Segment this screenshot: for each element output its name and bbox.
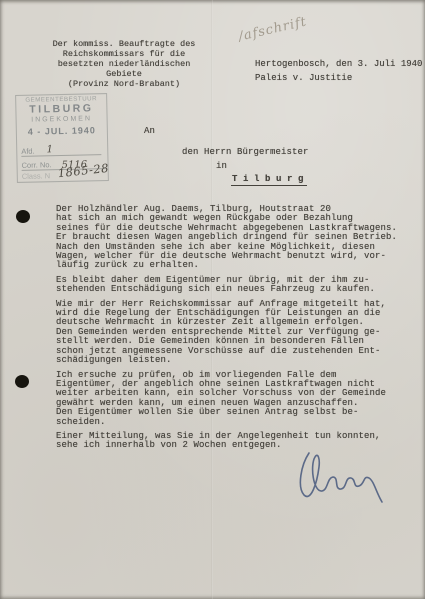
recipient-name: den Herrn Bürgermeister xyxy=(182,148,309,157)
paragraph-1: Der Holzhändler Aug. Daems, Tilburg, Hou… xyxy=(56,205,408,271)
letterhead: Der kommiss. Beauftragte des Reichskommi… xyxy=(28,39,220,89)
stamp-corr-label: Corr. No. xyxy=(21,160,51,170)
dateline-office: Paleis v. Justitie xyxy=(255,71,422,85)
stamp-received-label: INGEKOMEN xyxy=(17,115,107,124)
letter-body: Der Holzhändler Aug. Daems, Tilburg, Hou… xyxy=(56,205,408,456)
stamp-class-label: Class. N xyxy=(22,171,51,181)
stamp-afd-row: Afd. 1 xyxy=(21,140,101,157)
stamp-city-label: TILBURG xyxy=(16,102,106,116)
handwritten-annotation: /afschrift xyxy=(237,14,308,44)
stamp-date: 4 - JUL. 1940 xyxy=(17,125,107,137)
document-page: /afschrift Der kommiss. Beauftragte des … xyxy=(0,0,425,599)
dateline-place-date: Hertogenbosch, den 3. Juli 1940 xyxy=(255,57,422,71)
signature-handwriting xyxy=(296,446,408,518)
paragraph-4: Ich ersuche zu prüfen, ob im vorliegende… xyxy=(56,371,408,427)
stamp-afd-value: 1 xyxy=(46,144,53,155)
paragraph-3: Wie mir der Herr Reichskommissar auf Anf… xyxy=(56,300,408,366)
paragraph-2: Es bleibt daher dem Eigentümer nur übrig… xyxy=(56,276,408,295)
stamp-afd-label: Afd. xyxy=(21,147,35,156)
receipt-stamp: GEMEENTEBESTUUR TILBURG INGEKOMEN 4 - JU… xyxy=(15,93,109,183)
recipient-salutation: An xyxy=(144,127,155,136)
hole-punch-mark xyxy=(15,375,29,388)
dateline: Hertogenbosch, den 3. Juli 1940 Paleis v… xyxy=(255,57,422,85)
recipient-city: T i l b u r g xyxy=(231,175,307,186)
hole-punch-mark xyxy=(16,210,30,223)
recipient-in: in xyxy=(216,162,227,171)
